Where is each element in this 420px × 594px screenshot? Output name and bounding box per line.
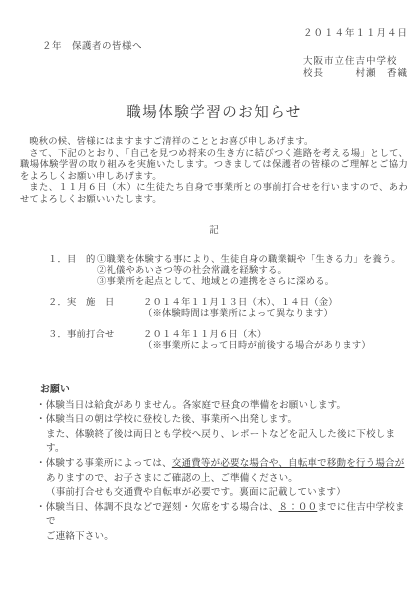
bullet-mark: ・ <box>36 414 46 425</box>
notice-title: 職場体験学習のお知らせ <box>20 104 408 122</box>
detail-sections: １．目 的 ①職業を体験する事により、生徒自身の職業観や「生きる力」を養う。 ②… <box>20 254 408 351</box>
purpose-item-3: ③事業所を起点として、地域との連携をさらに深める。 <box>97 276 401 287</box>
note-schedule-line2: また、体験終了後は両日とも学校へ戻り、レポートなどを記入した後に下校します。 <box>46 428 408 457</box>
request-heading: お願い <box>20 384 408 396</box>
note-transport-line2: ありますので、お子さまにご確認の上、ご準備ください。 <box>46 472 408 487</box>
request-list: ・体験当日は給食がありません。各家庭で昼食の準備をお願いします。 ・体験当日の朝… <box>20 399 408 545</box>
dates-value: ２０１４年１１月１３日（木）、１４日（金） <box>143 297 338 308</box>
section-purpose: １．目 的 ①職業を体験する事により、生徒自身の職業観や「生きる力」を養う。 ②… <box>20 254 408 287</box>
note-schedule-line1: 体験当日の朝は学校に登校した後、事業所へ出発します。 <box>46 414 297 425</box>
note-absence: ・体験当日、体調不良などで遅刻・欠席をする場合は、８：００までに住吉中学校まで … <box>36 501 408 545</box>
record-marker: 記 <box>20 226 408 236</box>
section-dates-label: ２．実 施 日 <box>48 297 143 319</box>
note-absence-line2: ご連絡下さい。 <box>46 530 408 545</box>
pre-meeting-note: （※事業所によって日時が前後する場合があります） <box>143 340 371 351</box>
note-transport: ・体験する事業所によっては、交通費等が必要な場合や、自転車で移動を行う場合が あ… <box>36 457 408 501</box>
section-purpose-label: １．目 的 <box>48 254 97 287</box>
notice-document-page: ２０１４年１１月４日 ２年 保護者の皆様へ 大阪市立住吉中学校 校長 村瀬 香織… <box>0 0 420 594</box>
note-absence-pre: 体験当日、体調不良などで遅刻・欠席をする場合は、 <box>46 502 279 513</box>
note-absence-time: ８：００ <box>279 502 318 513</box>
intro-paragraph: さて、下記のとおり、「自己を見つめ将来の生き方に結びつく進路を考える場」として、… <box>20 148 408 183</box>
bullet-mark: ・ <box>36 502 46 513</box>
pre-meeting-paragraph: また、１１月６日（木）に生徒たち自身で事業所との事前打合せを行いますので、あわせ… <box>20 182 408 205</box>
document-date: ２０１４年１１月４日 <box>20 28 408 39</box>
section-pre-meeting: ３．事前打合せ ２０１４年１１月６日（木） （※事業所によって日時が前後する場合… <box>20 329 408 351</box>
pre-meeting-date: ２０１４年１１月６日（木） <box>143 329 371 340</box>
purpose-item-1: ①職業を体験する事により、生徒自身の職業観や「生きる力」を養う。 <box>97 254 401 265</box>
note-schedule: ・体験当日の朝は学校に登校した後、事業所へ出発します。 また、体験終了後は両日と… <box>36 413 408 457</box>
note-lunch-text: 体験当日は給食がありません。各家庭で昼食の準備をお願いします。 <box>46 400 347 411</box>
purpose-item-2: ②礼儀やあいさつ等の社会常識を経験する。 <box>97 265 401 276</box>
principal-name-line: 校長 村瀬 香織 <box>303 68 408 80</box>
bullet-mark: ・ <box>36 400 46 411</box>
dates-note: （※体験時間は事業所によって異なります） <box>143 308 338 319</box>
note-transport-pre: 体験する事業所によっては、 <box>46 458 172 469</box>
bullet-mark: ・ <box>36 458 46 469</box>
addressee-line: ２年 保護者の皆様へ <box>20 41 408 52</box>
note-transport-underlined: 交通費等が必要な場合や、自転車で移動を行う場合が <box>172 458 405 469</box>
section-dates: ２．実 施 日 ２０１４年１１月１３日（木）、１４日（金） （※体験時間は事業所… <box>20 297 408 319</box>
school-name: 大阪市立住吉中学校 <box>303 56 408 68</box>
request-section: お願い ・体験当日は給食がありません。各家庭で昼食の準備をお願いします。 ・体験… <box>20 384 408 545</box>
section-pre-meeting-label: ３．事前打合せ <box>48 329 143 351</box>
body-paragraphs: 晩秋の候、皆様にはますますご清祥のこととお喜び申しあげます。 さて、下記のとおり… <box>20 136 408 206</box>
note-lunch: ・体験当日は給食がありません。各家庭で昼食の準備をお願いします。 <box>36 399 408 414</box>
sender-block: 大阪市立住吉中学校 校長 村瀬 香織 <box>20 56 408 80</box>
note-transport-paren: （事前打合せも交通費や自転車が必要です。裏面に記載しています） <box>46 486 408 501</box>
greeting-paragraph: 晩秋の候、皆様にはますますご清祥のこととお喜び申しあげます。 <box>20 136 408 148</box>
